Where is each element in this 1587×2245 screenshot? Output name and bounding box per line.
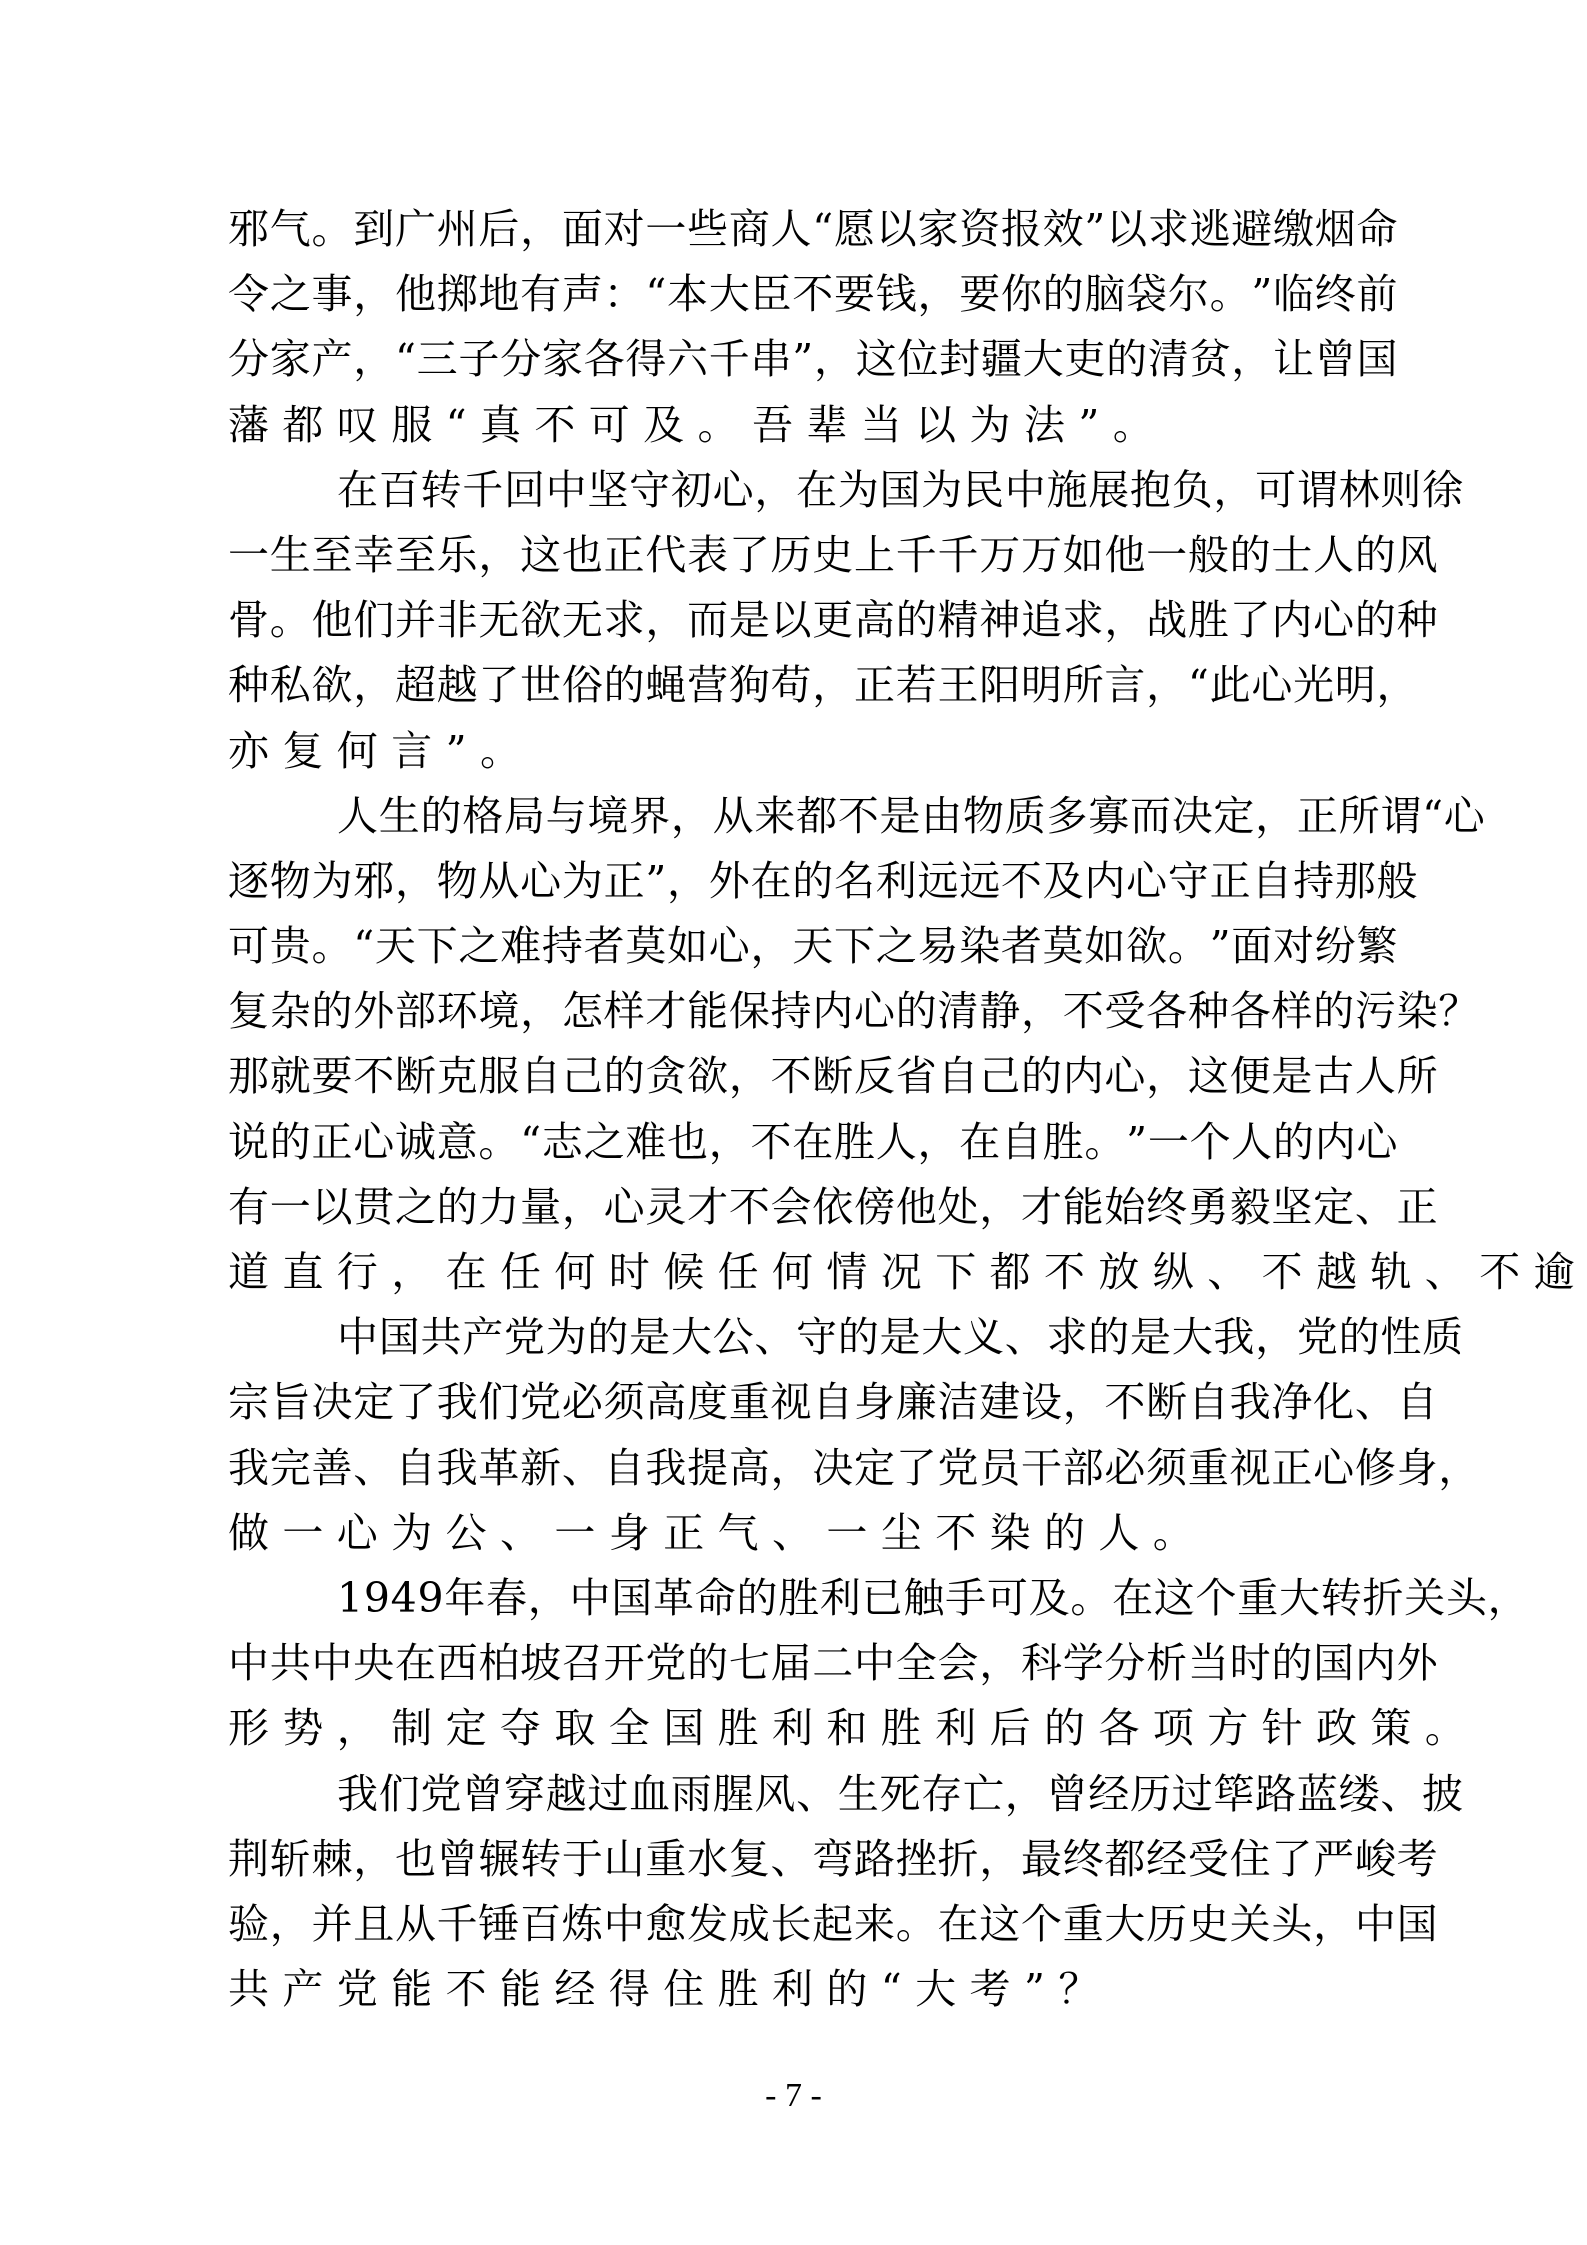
text-line: 道直行，在任何时候任何情况下都不放纵、不越轨、不逾矩。: [228, 1240, 1378, 1305]
paragraph: 中 国 共 产 党 为 的 是 大 公 、 守 的 是 大 义 、 求 的 是 …: [228, 1305, 1378, 1566]
paragraph: 在 百 转 千 回 中 坚 守 初 心 ， 在 为 国 为 民 中 施 展 抱 …: [228, 458, 1378, 784]
text-line: 说 的 正 心 诚 意 。 “ 志 之 难 也 ， 不 在 胜 人 ， 在 自 …: [228, 1110, 1374, 1175]
text-line: 我 完 善 、 自 我 革 新 、 自 我 提 高 ， 决 定 了 党 员 干 …: [228, 1436, 1374, 1501]
document-page: 邪 气 。 到 广 州 后 ， 面 对 一 些 商 人 “ 愿 以 家 资 报 …: [0, 0, 1587, 2245]
text-line: 荆 斩 棘 ， 也 曾 辗 转 于 山 重 水 复 、 弯 路 挫 折 ， 最 …: [228, 1827, 1374, 1892]
text-line: 骨 。 他 们 并 非 无 欲 无 求 ， 而 是 以 更 高 的 精 神 追 …: [228, 588, 1374, 653]
paragraph: 1 9 4 9 年 春 ， 中 国 革 命 的 胜 利 已 触 手 可 及 。 …: [228, 1566, 1378, 1762]
paragraph: 我 们 党 曾 穿 越 过 血 雨 腥 风 、 生 死 存 亡 ， 曾 经 历 …: [228, 1762, 1378, 2023]
text-line: 藩都叹服“真不可及。吾辈当以为法”。: [228, 393, 1378, 458]
text-line: 一 生 至 幸 至 乐 ， 这 也 正 代 表 了 历 史 上 千 千 万 万 …: [228, 523, 1374, 588]
text-line: 那 就 要 不 断 克 服 自 己 的 贪 欲 ， 不 断 反 省 自 己 的 …: [228, 1044, 1374, 1109]
text-line: 令 之 事 ， 他 掷 地 有 声 ： “ 本 大 臣 不 要 钱 ， 要 你 …: [228, 262, 1374, 327]
body-text: 邪 气 。 到 广 州 后 ， 面 对 一 些 商 人 “ 愿 以 家 资 报 …: [228, 197, 1378, 2022]
text-line: 共产党能不能经得住胜利的“大考”？: [228, 1957, 1378, 2022]
text-line: 中 共 中 央 在 西 柏 坡 召 开 党 的 七 届 二 中 全 会 ， 科 …: [228, 1631, 1374, 1696]
paragraph: 人 生 的 格 局 与 境 界 ， 从 来 都 不 是 由 物 质 多 寡 而 …: [228, 784, 1378, 1306]
text-line: 复 杂 的 外 部 环 境 ， 怎 样 才 能 保 持 内 心 的 清 静 ， …: [228, 979, 1374, 1044]
text-line: 种 私 欲 ， 超 越 了 世 俗 的 蝇 营 狗 苟 ， 正 若 王 阳 明 …: [228, 653, 1374, 718]
paragraph: 邪 气 。 到 广 州 后 ， 面 对 一 些 商 人 “ 愿 以 家 资 报 …: [228, 197, 1378, 458]
text-line: 有 一 以 贯 之 的 力 量 ， 心 灵 才 不 会 依 傍 他 处 ， 才 …: [228, 1175, 1374, 1240]
text-line: 1 9 4 9 年 春 ， 中 国 革 命 的 胜 利 已 触 手 可 及 。 …: [228, 1566, 1374, 1631]
text-line: 亦复何言”。: [228, 719, 1378, 784]
page-number: - 7 -: [0, 2076, 1587, 2116]
text-line: 人 生 的 格 局 与 境 界 ， 从 来 都 不 是 由 物 质 多 寡 而 …: [228, 784, 1374, 849]
text-line: 中 国 共 产 党 为 的 是 大 公 、 守 的 是 大 义 、 求 的 是 …: [228, 1305, 1374, 1370]
text-line: 分 家 产 ， “ 三 子 分 家 各 得 六 千 串 ” ， 这 位 封 疆 …: [228, 327, 1374, 392]
text-line: 宗 旨 决 定 了 我 们 党 必 须 高 度 重 视 自 身 廉 洁 建 设 …: [228, 1370, 1374, 1435]
text-line: 逐 物 为 邪 ， 物 从 心 为 正 ” ， 外 在 的 名 利 远 远 不 …: [228, 849, 1374, 914]
text-line: 做一心为公、一身正气、一尘不染的人。: [228, 1501, 1378, 1566]
text-line: 邪 气 。 到 广 州 后 ， 面 对 一 些 商 人 “ 愿 以 家 资 报 …: [228, 197, 1374, 262]
text-line: 可 贵 。 “ 天 下 之 难 持 者 莫 如 心 ， 天 下 之 易 染 者 …: [228, 914, 1374, 979]
text-line: 我 们 党 曾 穿 越 过 血 雨 腥 风 、 生 死 存 亡 ， 曾 经 历 …: [228, 1762, 1374, 1827]
text-line: 在 百 转 千 回 中 坚 守 初 心 ， 在 为 国 为 民 中 施 展 抱 …: [228, 458, 1374, 523]
text-line: 形势，制定夺取全国胜利和胜利后的各项方针政策。: [228, 1696, 1378, 1761]
text-line: 验 ， 并 且 从 千 锤 百 炼 中 愈 发 成 长 起 来 。 在 这 个 …: [228, 1892, 1374, 1957]
